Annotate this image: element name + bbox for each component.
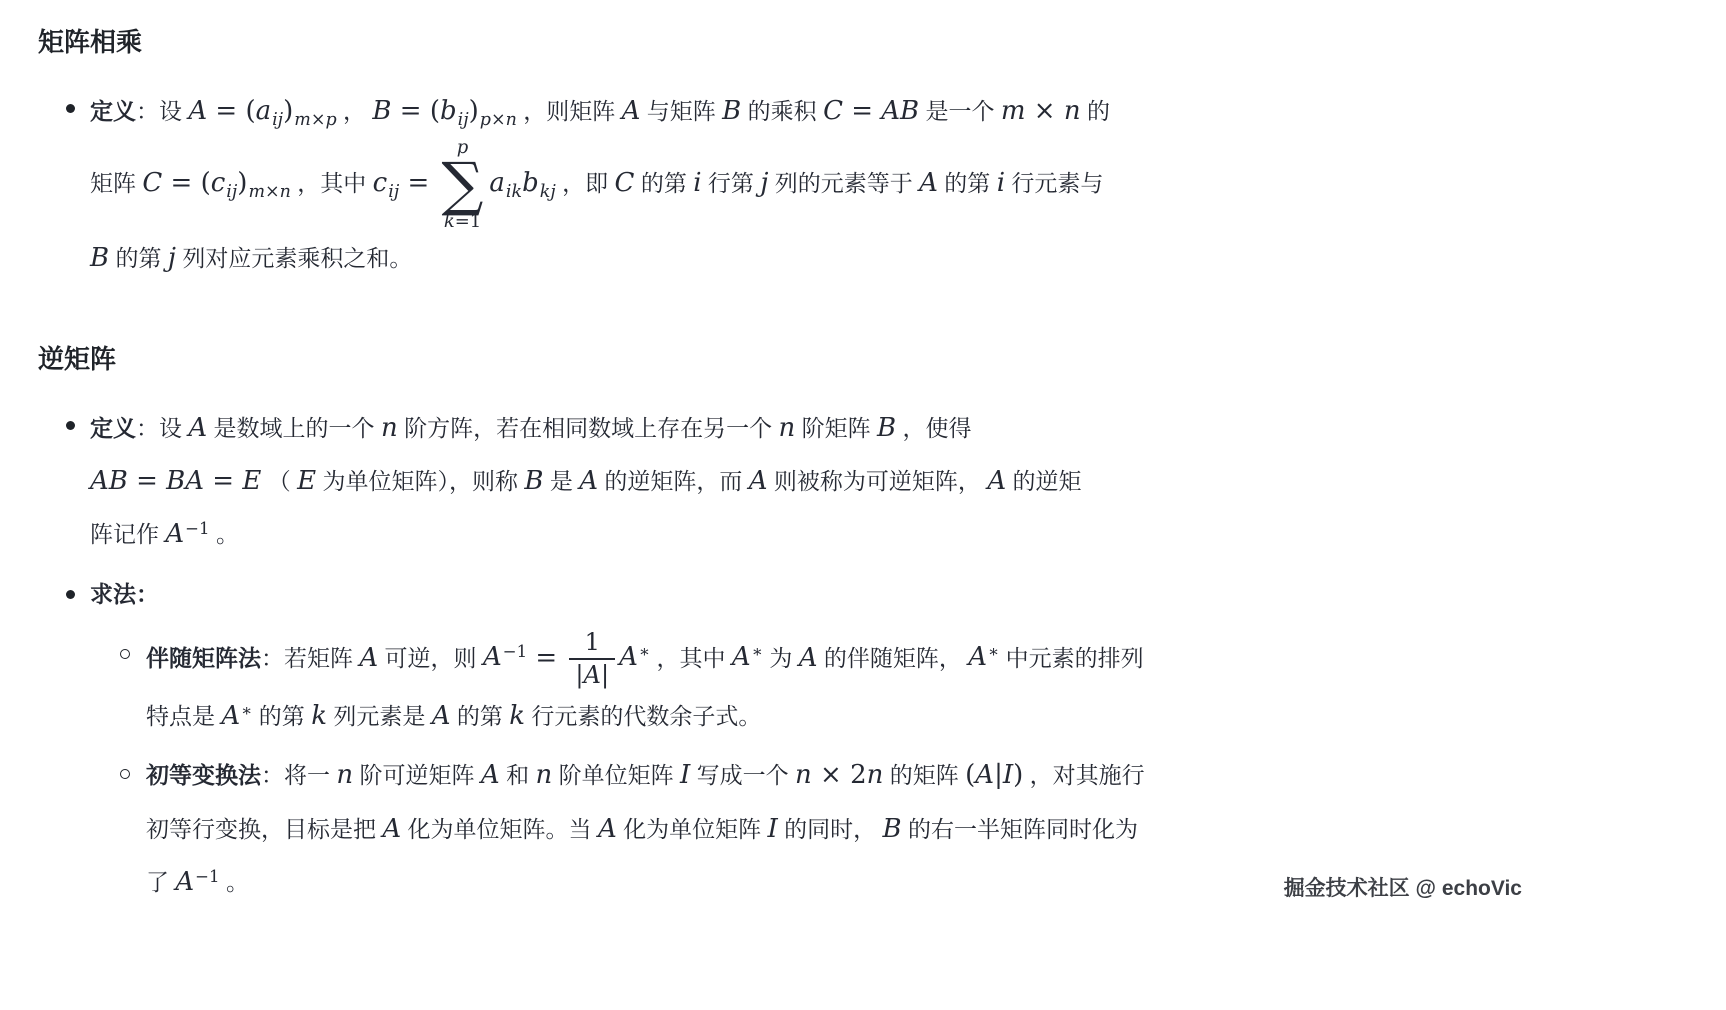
definition-item: 定义：设 A 是数域上的一个 n 阶方阵，若在相同数域上存在另一个 n 阶矩阵 … [38, 402, 1680, 562]
watermark: 掘金技术社区 @ echoVic [1284, 872, 1522, 902]
section-inverse-matrix: 逆矩阵 定义：设 A 是数域上的一个 n 阶方阵，若在相同数域上存在另一个 n … [38, 343, 1680, 909]
definition-text: 定义：设 A 是数域上的一个 n 阶方阵，若在相同数域上存在另一个 n 阶矩阵 … [90, 402, 1680, 562]
heading-inverse-matrix: 逆矩阵 [38, 343, 1680, 376]
methods-sublist: 伴随矩阵法：若矩阵 A 可逆，则 A−1 = 1|A|A∗ ，其中 A∗ 为 A… [90, 629, 1680, 910]
section-matrix-multiplication: 矩阵相乘 定义：设 A = (aij)m×p ， B = (bij)p×n ，则… [38, 26, 1680, 285]
bullet-list: 定义：设 A = (aij)m×p ， B = (bij)p×n ，则矩阵 A … [38, 85, 1680, 286]
bullet-list: 定义：设 A 是数域上的一个 n 阶方阵，若在相同数域上存在另一个 n 阶矩阵 … [38, 402, 1680, 910]
definition-item: 定义：设 A = (aij)m×p ， B = (bij)p×n ，则矩阵 A … [38, 85, 1680, 286]
adjugate-method-text: 伴随矩阵法：若矩阵 A 可逆，则 A−1 = 1|A|A∗ ，其中 A∗ 为 A… [146, 629, 1680, 744]
article: 矩阵相乘 定义：设 A = (aij)m×p ， B = (bij)p×n ，则… [0, 0, 1680, 909]
adjugate-method-item: 伴随矩阵法：若矩阵 A 可逆，则 A−1 = 1|A|A∗ ，其中 A∗ 为 A… [90, 629, 1680, 744]
methods-label: 求法： [90, 571, 1680, 618]
definition-text: 定义：设 A = (aij)m×p ， B = (bij)p×n ，则矩阵 A … [90, 85, 1680, 286]
methods-item: 求法： 伴随矩阵法：若矩阵 A 可逆，则 A−1 = 1|A|A∗ ，其中 A∗… [38, 571, 1680, 909]
heading-matrix-multiplication: 矩阵相乘 [38, 26, 1680, 59]
